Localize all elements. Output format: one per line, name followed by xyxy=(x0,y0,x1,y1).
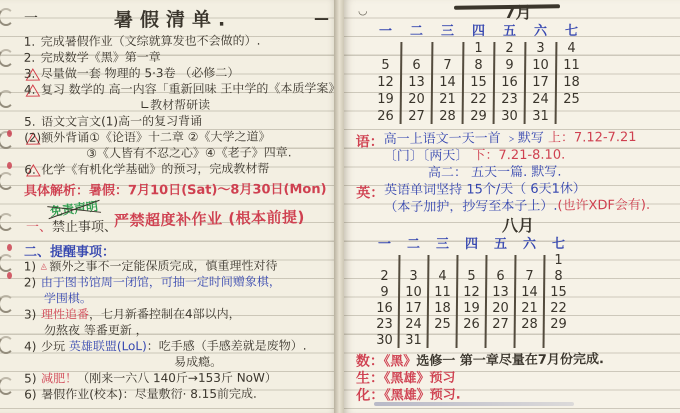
calendar-day: 5 xyxy=(457,269,486,285)
weekday-label: 七 xyxy=(544,237,573,253)
page-corner-mark: 一 xyxy=(24,8,58,28)
calendar-day: 18 xyxy=(556,74,587,91)
calendar-day: 29 xyxy=(544,317,573,333)
calendar-empty-cell xyxy=(515,253,544,269)
task-line: 4.复习 数学的 高一内容「重新回味 王中学的《本质学案》 xyxy=(24,80,334,98)
task-line: (2)额外背诵①《论语》十二章 ②《大学之道》 xyxy=(24,128,334,146)
note-text: 高一上语文一天一首 ﹥默写 xyxy=(384,131,548,147)
weekday-label: 六 xyxy=(515,237,544,253)
red-hole-mark xyxy=(7,130,12,137)
calendar-day: 15 xyxy=(544,285,573,301)
note-text: （本子加护，抄写至本子上）. xyxy=(384,199,557,216)
spiral-coil xyxy=(0,213,14,231)
right-page: ◡ 7月 一二三四五六七1234567891011121314151617181… xyxy=(344,0,680,413)
calendar-empty-cell xyxy=(544,333,573,349)
calendar-day: 19 xyxy=(370,91,401,108)
calendar-day: 23 xyxy=(494,91,525,108)
analysis-label: 具体解析： xyxy=(24,184,89,199)
red-hole-mark xyxy=(7,244,12,251)
calendar-day: 16 xyxy=(494,74,525,91)
reminder-line: 4)少玩 英雄联盟(LoL)：吃手感（手感差就是废物）. xyxy=(24,337,334,354)
cut-off-ink-line xyxy=(374,402,574,406)
reminder-text: ◬ xyxy=(41,261,50,270)
reminder-text: ：吃手感（手感差就是废物）. xyxy=(147,339,307,354)
reminder-number: 4) xyxy=(24,338,41,354)
calendar-day: 16 xyxy=(370,301,399,317)
calendar-day: 19 xyxy=(457,301,486,317)
calendar-day: 21 xyxy=(432,91,463,108)
calendar-day: 21 xyxy=(515,301,544,317)
reminder-text: 暑假作业(校本)：尽量敷衍· 8.15前完成. xyxy=(41,387,257,402)
note-text: 下：7.21-8.10. xyxy=(472,148,565,164)
calendar-day: 31 xyxy=(525,108,556,125)
task-line: 1.完成暑假作业（文综就算发也不会做的）. xyxy=(24,32,334,50)
note-text: 《黑》 xyxy=(384,354,417,369)
reminder-text: 少玩 xyxy=(41,339,69,353)
note-text: 选修一 第一章尽量在7月份完成. xyxy=(416,352,604,369)
reminder-text: 理性追番 xyxy=(41,307,89,321)
reminder-line: 6)暑假作业(校本)：尽量敷衍· 8.15前完成. xyxy=(24,385,334,402)
calendar-day: 11 xyxy=(428,285,457,301)
calendar-day: 4 xyxy=(428,269,457,285)
calendar-day: 20 xyxy=(401,91,432,108)
calendar-day: 6 xyxy=(401,57,432,74)
calendar-day: 26 xyxy=(457,317,486,333)
calendar-day: 20 xyxy=(486,301,515,317)
weekday-label: 四 xyxy=(463,24,494,40)
calendar-day: 7 xyxy=(515,269,544,285)
remind-heading: 二、提醒事项： xyxy=(24,241,334,258)
reminder-text: （刚来一六八 140斤→153斤 NoW） xyxy=(77,371,277,386)
note-text: 英语单词坚持 15个/天（ 6天1休） xyxy=(384,181,586,198)
reminder-text: 勿熬夜 等番更新 ， xyxy=(44,323,148,337)
subject-label: 语： xyxy=(356,131,384,151)
calendar-day: 14 xyxy=(515,285,544,301)
reminder-number: 3) xyxy=(24,306,41,322)
calendar-empty-cell xyxy=(556,108,587,125)
note-line: 〔门〕〔两天〕 下：7.21-8.10. xyxy=(384,146,637,165)
spiral-coil xyxy=(0,254,14,272)
reminder-line: 1)◬ 额外之事不一定能保质完成，慎重理性对待 xyxy=(24,257,334,274)
calendar-day: 3 xyxy=(399,269,428,285)
calendar-day: 6 xyxy=(486,269,515,285)
ban-section: 免责声明 一、禁止事项、 严禁超度补作业 (根本前提) xyxy=(24,199,334,241)
reminder-number: 2) xyxy=(24,274,41,290)
calendar-day: 8 xyxy=(544,269,573,285)
pen-squiggle: ◡ xyxy=(358,4,368,17)
calendar-day: 1 xyxy=(463,40,494,57)
august-calendar: 一二三四五六七123456789101112131415161718192021… xyxy=(370,237,573,349)
spiral-coil xyxy=(0,377,14,395)
calendar-day: 9 xyxy=(494,57,525,74)
calendar-day: 30 xyxy=(494,108,525,125)
calendar-empty-cell xyxy=(457,333,486,349)
spiral-coil xyxy=(0,90,14,108)
task-line: ③《人皆有不忍之心》④《老子》四章. xyxy=(86,144,334,161)
reminder-text: 由于图书馆周一闭馆，可抽一定时间赠象棋， xyxy=(41,275,281,290)
calendar-day: 22 xyxy=(544,301,573,317)
calendar-day: 31 xyxy=(399,333,428,349)
calendar-day: 11 xyxy=(556,57,587,74)
calendar-empty-cell xyxy=(486,333,515,349)
reminder-text: 减肥！ xyxy=(41,371,77,385)
calendar-day: 2 xyxy=(494,40,525,57)
calendar-day: 10 xyxy=(399,285,428,301)
calendar-day: 29 xyxy=(463,108,494,125)
ban-heading: 一、禁止事项、 xyxy=(26,216,117,235)
reminder-text: 学围棋。 xyxy=(44,291,92,305)
task-list: 1.完成暑假作业（文综就算发也不会做的）.2.完成数学《黑》第一章3.尽量做一套… xyxy=(24,32,335,178)
july-calendar: 一二三四五六七123456789101112131415161718192021… xyxy=(370,24,587,125)
weekday-label: 四 xyxy=(457,237,486,253)
spiral-coil xyxy=(0,336,14,354)
bottom-subject-notes: 数：《黑》选修一 第一章尽量在7月份完成.生：《黑雄》预习化：《黑雄》预习. xyxy=(356,350,680,404)
subject-label: 英： xyxy=(356,182,384,202)
note-line: 高二： 五天一篇. 默写. xyxy=(428,164,562,182)
calendar-empty-cell xyxy=(486,253,515,269)
calendar-day: 12 xyxy=(370,74,401,91)
weekday-label: 六 xyxy=(525,24,556,40)
subject-note: 英：英语单词坚持 15个/天（ 6天1休）（本子加护，抄写至本子上）.(也许XD… xyxy=(356,180,680,217)
calendar-day: 27 xyxy=(486,317,515,333)
calendar-day: 7 xyxy=(432,57,463,74)
note-text: 〔门〕〔两天〕 xyxy=(384,148,473,164)
calendar-day: 1 xyxy=(544,253,573,269)
ban-title: 禁止事项、 xyxy=(52,220,117,235)
subject-note: 语：高一上语文一天一首 ﹥默写 上：7.12-7.21〔门〕〔两天〕 下：7.2… xyxy=(356,129,680,166)
calendar-day: 24 xyxy=(399,317,428,333)
reminder-list: 1)◬ 额外之事不一定能保质完成，慎重理性对待2)由于图书馆周一闭馆，可抽一定时… xyxy=(24,257,335,402)
calendar-day: 10 xyxy=(525,57,556,74)
calendar-day: 25 xyxy=(428,317,457,333)
task-text: 完成数学《黑》第一章 xyxy=(41,50,161,65)
august-title: 八月 xyxy=(356,215,680,237)
reminder-line: 勿熬夜 等番更新 ， xyxy=(44,321,334,338)
reminder-number: 1) xyxy=(24,258,41,274)
calendar-empty-cell xyxy=(457,253,486,269)
reminder-number: 5) xyxy=(24,370,41,386)
calendar-day: 26 xyxy=(370,108,401,125)
analysis-text: 暑假：7月10日(Sat)～8月30日(Mon) xyxy=(89,182,327,199)
subject-note-body: 英语单词坚持 15个/天（ 6天1休）（本子加护，抄写至本子上）.(也许XDF会… xyxy=(384,180,650,216)
calendar-day: 22 xyxy=(463,91,494,108)
top-right-dash: — xyxy=(288,9,334,27)
weekday-label: 二 xyxy=(401,24,432,40)
calendar-day: 13 xyxy=(486,285,515,301)
note-text: (也许XDF会有). xyxy=(557,198,650,214)
task-number: (2) xyxy=(24,130,41,146)
subject-note-body: 高一上语文一天一首 ﹥默写 上：7.12-7.21〔门〕〔两天〕 下：7.21-… xyxy=(384,129,637,165)
note-text: 高二： 五天一篇. 默写. xyxy=(428,165,562,181)
reminder-line: 3)理性追番，七月新番控制在4部以内， xyxy=(24,305,334,322)
calendar-day: 14 xyxy=(432,74,463,91)
reminder-text: ，七月新番控制在4部以内， xyxy=(89,307,241,322)
calendar-day: 23 xyxy=(370,317,399,333)
task-line: 5.语文文言文(1)高一的复习背诵 xyxy=(24,112,334,130)
reminder-line: 5)减肥！（刚来一六八 140斤→153斤 NoW） xyxy=(24,369,334,386)
note-text: 上：7.12-7.21 xyxy=(548,130,637,146)
weekday-label: 一 xyxy=(370,237,399,253)
calendar-empty-cell xyxy=(399,253,428,269)
task-text: ③《人皆有不忍之心》④《老子》四章. xyxy=(86,145,291,160)
analysis-line: 具体解析：暑假：7月10日(Sat)～8月30日(Mon) xyxy=(24,178,334,199)
task-text: 完成暑假作业（文综就算发也不会做的）. xyxy=(41,34,261,49)
reminder-number: 6) xyxy=(24,386,41,402)
calendar-day: 30 xyxy=(370,333,399,349)
reminder-line: 2)由于图书馆周一闭馆，可抽一定时间赠象棋， xyxy=(24,273,334,290)
spiral-coil xyxy=(0,8,14,26)
task-text: 额外背诵①《论语》十二章 ②《大学之道》 xyxy=(41,130,270,145)
weekday-label: 二 xyxy=(399,237,428,253)
calendar-day: 17 xyxy=(399,301,428,317)
calendar-day: 27 xyxy=(401,108,432,125)
weekday-header-row: 一二三四五六七 xyxy=(370,237,573,253)
subject-note-body: 高二： 五天一篇. 默写. xyxy=(428,164,562,182)
spiral-coil xyxy=(0,49,14,67)
calendar-day: 5 xyxy=(370,57,401,74)
task-line: 3.尽量做一套 物理的 5·3卷 （必修二） xyxy=(24,64,334,82)
reminder-line: 学围棋。 xyxy=(44,289,334,306)
subject-label: 数： xyxy=(356,353,384,369)
calendar-day: 15 xyxy=(463,74,494,91)
reminder-line: 易成瘾。 xyxy=(174,353,334,370)
spiral-coil xyxy=(0,172,14,190)
calendar-day: 8 xyxy=(463,57,494,74)
task-line: 2.完成数学《黑》第一章 xyxy=(24,48,334,66)
task-line: 6.化学《有机化学基础》的预习，完成教材帮 xyxy=(24,160,334,178)
task-number: 4. xyxy=(24,82,41,98)
left-page: 一 暑假清单. — 1.完成暑假作业（文综就算发也不会做的）.2.完成数学《黑》… xyxy=(0,0,338,413)
calendar-day: 4 xyxy=(556,40,587,57)
calendar-day: 3 xyxy=(525,40,556,57)
subject-label: 生： xyxy=(356,370,384,386)
calendar-day: 28 xyxy=(432,108,463,125)
spiral-binding xyxy=(0,2,14,412)
task-text: 化学《有机化学基础》的预习，完成教材帮 xyxy=(41,162,269,177)
note-text: 《黑雄》预习 xyxy=(384,371,456,387)
calendar-day: 17 xyxy=(525,74,556,91)
task-text: 语文文言文(1)高一的复习背诵 xyxy=(41,114,202,129)
note-line: 高一上语文一天一首 ﹥默写 上：7.12-7.21 xyxy=(384,129,637,148)
task-number: 6. xyxy=(24,162,41,178)
subject-notes: 语：高一上语文一天一首 ﹥默写 上：7.12-7.21〔门〕〔两天〕 下：7.2… xyxy=(356,129,680,217)
ban-number: 一、 xyxy=(26,220,52,235)
task-text: 尽量做一套 物理的 5·3卷 （必修二） xyxy=(41,66,240,81)
calendar-day: 25 xyxy=(556,91,587,108)
calendar-day: 13 xyxy=(401,74,432,91)
weekday-label: 五 xyxy=(494,24,525,40)
calendar-empty-cell xyxy=(370,40,401,57)
calendar-empty-cell xyxy=(401,40,432,57)
calendar-day: 18 xyxy=(428,301,457,317)
calendar-empty-cell xyxy=(370,253,399,269)
weekday-label: 三 xyxy=(428,237,457,253)
ban-rule: 严禁超度补作业 (根本前提) xyxy=(114,206,305,231)
reminder-text: 英雄联盟(LoL) xyxy=(69,339,147,353)
weekday-label: 三 xyxy=(432,24,463,40)
calendar-day: 12 xyxy=(457,285,486,301)
calendar-day: 28 xyxy=(515,317,544,333)
task-number: 1. xyxy=(24,34,41,50)
spiral-coil xyxy=(0,295,14,313)
calendar-day: 2 xyxy=(370,269,399,285)
calendar-empty-cell xyxy=(428,333,457,349)
red-hole-mark xyxy=(7,162,12,169)
page-title: 暑假清单. xyxy=(58,4,288,33)
task-text: ∟教材帮研读 xyxy=(140,98,210,112)
note-line: （本子加护，抄写至本子上）.(也许XDF会有). xyxy=(384,197,650,216)
weekday-header-row: 一二三四五六七 xyxy=(370,24,587,40)
weekday-label: 七 xyxy=(556,24,587,40)
calendar-day: 9 xyxy=(370,285,399,301)
calendar-day: 24 xyxy=(525,91,556,108)
reminder-text: 易成瘾。 xyxy=(174,355,222,369)
calendar-empty-cell xyxy=(432,40,463,57)
weekday-label: 五 xyxy=(486,237,515,253)
calendar-empty-cell xyxy=(515,333,544,349)
weekday-label: 一 xyxy=(370,24,401,40)
calendar-empty-cell xyxy=(428,253,457,269)
task-text: 复习 数学的 高一内容「重新回味 王中学的《本质学案》 xyxy=(41,81,341,97)
reminder-text: 额外之事不一定能保质完成，慎重理性对待 xyxy=(49,259,277,274)
red-hole-mark xyxy=(7,272,12,279)
task-line: ∟教材帮研读 xyxy=(140,96,334,113)
